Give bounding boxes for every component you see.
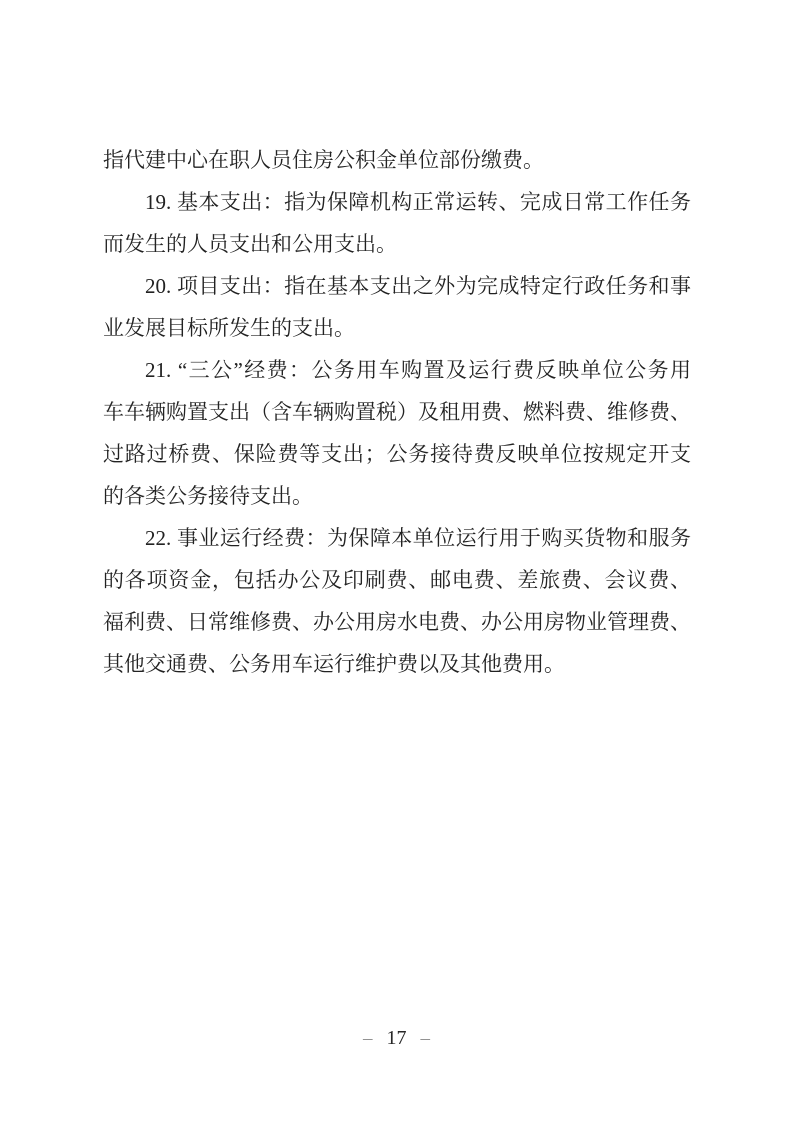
text-line: 20. 项目支出：指在基本支出之外为完成特定行政任务和事 (103, 265, 691, 307)
text-line: 而发生的人员支出和公用支出。 (103, 223, 691, 265)
text-line: 指代建中心在职人员住房公积金单位部份缴费。 (103, 139, 691, 181)
text-line: 业发展目标所发生的支出。 (103, 307, 691, 349)
paragraph: 20. 项目支出：指在基本支出之外为完成特定行政任务和事业发展目标所发生的支出。 (103, 265, 691, 349)
paragraph: 21. “三公”经费：公务用车购置及运行费反映单位公务用车车辆购置支出（含车辆购… (103, 349, 691, 517)
footer-dash-right: – (421, 1028, 431, 1049)
text-line: 的各类公务接待支出。 (103, 475, 691, 517)
text-line: 22. 事业运行经费：为保障本单位运行用于购买货物和服务 (103, 517, 691, 559)
text-line: 的各项资金，包括办公及印刷费、邮电费、差旅费、会议费、 (103, 559, 691, 601)
text-line: 车车辆购置支出（含车辆购置税）及租用费、燃料费、维修费、 (103, 391, 691, 433)
text-line: 其他交通费、公务用车运行维护费以及其他费用。 (103, 643, 691, 685)
paragraph: 19. 基本支出：指为保障机构正常运转、完成日常工作任务而发生的人员支出和公用支… (103, 181, 691, 265)
document-body: 指代建中心在职人员住房公积金单位部份缴费。19. 基本支出：指为保障机构正常运转… (103, 139, 691, 685)
paragraph: 指代建中心在职人员住房公积金单位部份缴费。 (103, 139, 691, 181)
text-line: 福利费、日常维修费、办公用房水电费、办公用房物业管理费、 (103, 601, 691, 643)
paragraph: 22. 事业运行经费：为保障本单位运行用于购买货物和服务的各项资金，包括办公及印… (103, 517, 691, 685)
page-footer: –17– (0, 1026, 793, 1051)
document-page: 指代建中心在职人员住房公积金单位部份缴费。19. 基本支出：指为保障机构正常运转… (0, 0, 793, 1122)
footer-dash-left: – (363, 1028, 373, 1049)
text-line: 21. “三公”经费：公务用车购置及运行费反映单位公务用 (103, 349, 691, 391)
text-line: 过路过桥费、保险费等支出；公务接待费反映单位按规定开支 (103, 433, 691, 475)
page-number: 17 (387, 1027, 407, 1049)
text-line: 19. 基本支出：指为保障机构正常运转、完成日常工作任务 (103, 181, 691, 223)
